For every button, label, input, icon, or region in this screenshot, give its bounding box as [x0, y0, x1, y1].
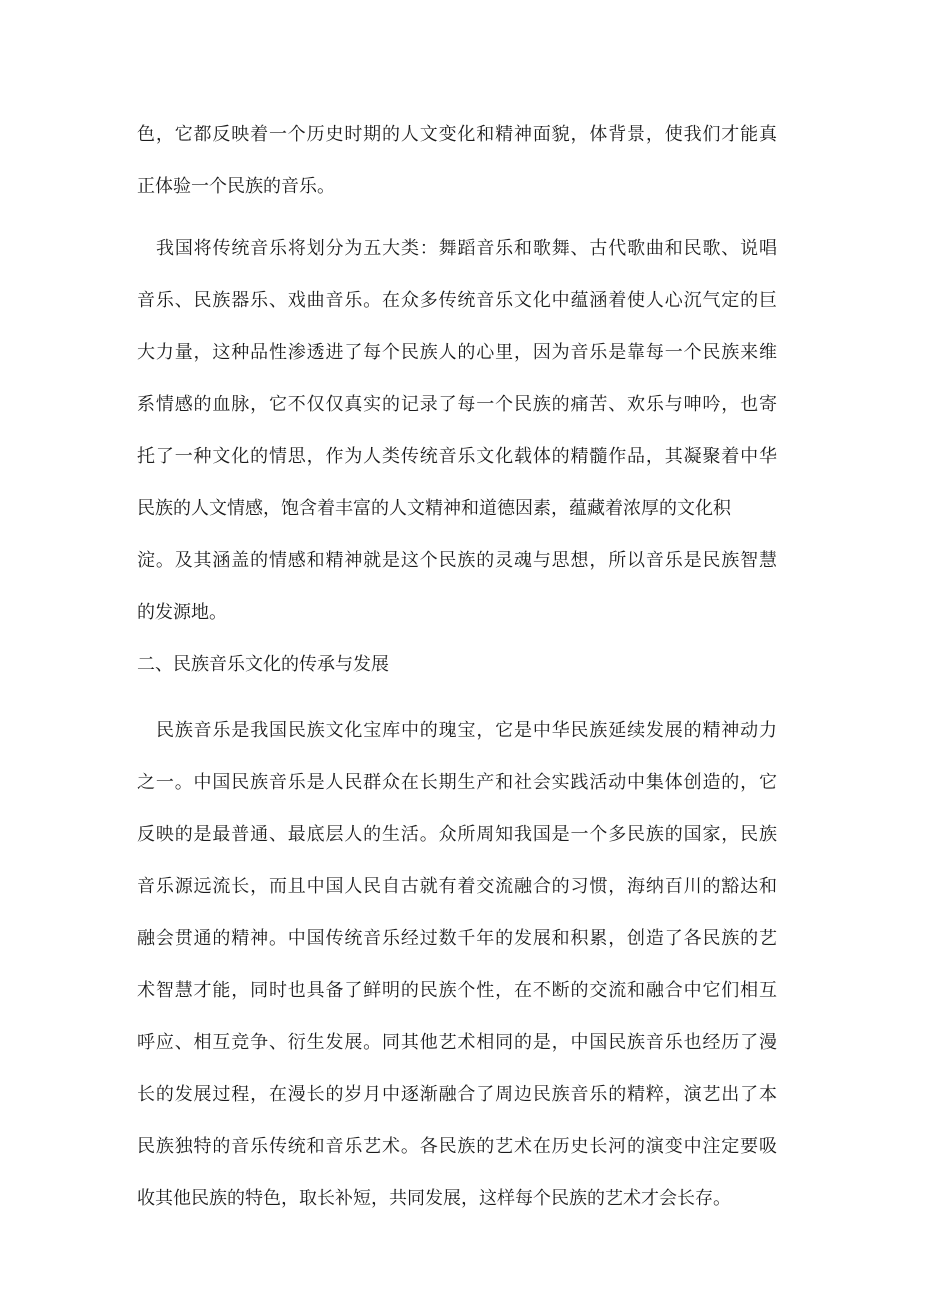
text-line: 民族音乐是我国民族文化宝库中的瑰宝，它是中华民族延续发展的精神动力	[137, 704, 777, 756]
text-line: 融会贯通的精神。中国传统音乐经过数千年的发展和积累，创造了各民族的艺	[137, 912, 777, 964]
text-line: 音乐源远流长，而且中国人民自古就有着交流融合的习惯，海纳百川的豁达和	[137, 860, 777, 912]
paragraph-3: 民族音乐是我国民族文化宝库中的瑰宝，它是中华民族延续发展的精神动力 之一。中国民…	[137, 704, 777, 1224]
document-page: 色，它都反映着一个历史时期的人文变化和精神面貌，体背景，使我们才能真 正体验一个…	[0, 0, 925, 1309]
text-line: 系情感的血脉，它不仅仅真实的记录了每一个民族的痛苦、欢乐与呻吟，也寄	[137, 378, 777, 430]
text-line: 的发源地。	[137, 586, 777, 638]
paragraph-1: 色，它都反映着一个历史时期的人文变化和精神面貌，体背景，使我们才能真 正体验一个…	[137, 108, 777, 212]
text-line: 长的发展过程，在漫长的岁月中逐渐融合了周边民族音乐的精粹，演艺出了本	[137, 1068, 777, 1120]
text-line: 色，它都反映着一个历史时期的人文变化和精神面貌，体背景，使我们才能真	[137, 108, 777, 160]
text-line: 呼应、相互竞争、衍生发展。同其他艺术相同的是，中国民族音乐也经历了漫	[137, 1016, 777, 1068]
document-content: 色，它都反映着一个历史时期的人文变化和精神面貌，体背景，使我们才能真 正体验一个…	[137, 108, 777, 1224]
text-line: 之一。中国民族音乐是人民群众在长期生产和社会实践活动中集体创造的，它	[137, 756, 777, 808]
text-line: 民族的人文情感，饱含着丰富的人文精神和道德因素，蕴藏着浓厚的文化积	[137, 482, 777, 534]
text-line: 反映的是最普通、最底层人的生活。众所周知我国是一个多民族的国家，民族	[137, 808, 777, 860]
text-line: 淀。及其涵盖的情感和精神就是这个民族的灵魂与思想，所以音乐是民族智慧	[137, 534, 777, 586]
text-line: 托了一种文化的情思，作为人类传统音乐文化载体的精髓作品，其凝聚着中华	[137, 430, 777, 482]
paragraph-2: 我国将传统音乐将划分为五大类：舞蹈音乐和歌舞、古代歌曲和民歌、说唱 音乐、民族器…	[137, 222, 777, 638]
text-line: 收其他民族的特色，取长补短，共同发展，这样每个民族的艺术才会长存。	[137, 1172, 777, 1224]
section-heading: 二、民族音乐文化的传承与发展	[137, 638, 777, 690]
text-line: 我国将传统音乐将划分为五大类：舞蹈音乐和歌舞、古代歌曲和民歌、说唱	[137, 222, 777, 274]
text-line: 术智慧才能，同时也具备了鲜明的民族个性，在不断的交流和融合中它们相互	[137, 964, 777, 1016]
text-line: 音乐、民族器乐、戏曲音乐。在众多传统音乐文化中蕴涵着使人心沉气定的巨	[137, 274, 777, 326]
text-line: 民族独特的音乐传统和音乐艺术。各民族的艺术在历史长河的演变中注定要吸	[137, 1120, 777, 1172]
text-line: 正体验一个民族的音乐。	[137, 160, 777, 212]
text-line: 大力量，这种品性渗透进了每个民族人的心里，因为音乐是靠每一个民族来维	[137, 326, 777, 378]
section-heading-block: 二、民族音乐文化的传承与发展	[137, 638, 777, 690]
